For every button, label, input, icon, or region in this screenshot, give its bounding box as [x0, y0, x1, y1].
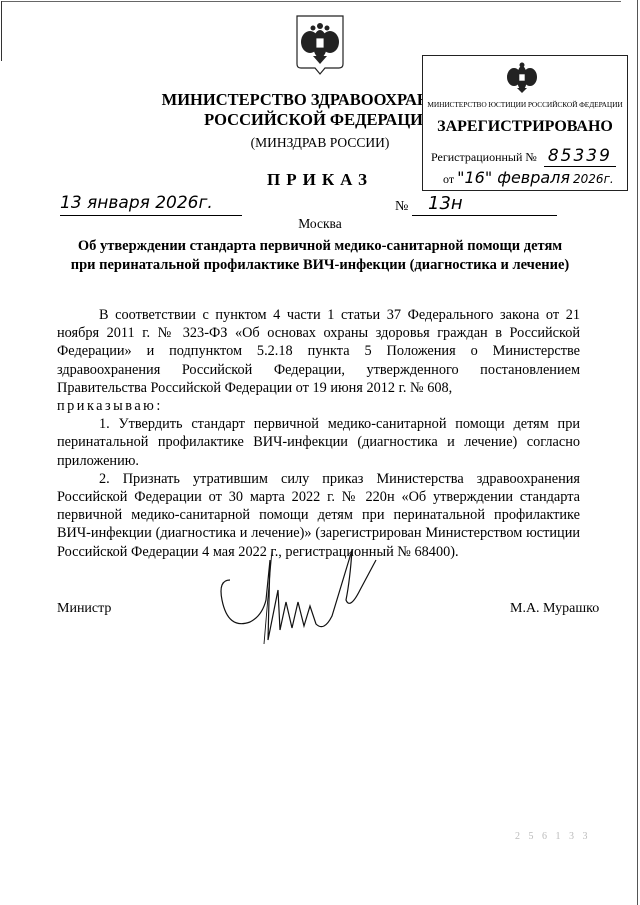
stamp-organization: МИНИСТЕРСТВО ЮСТИЦИИ РОССИЙСКОЙ ФЕДЕРАЦИ…	[423, 100, 627, 109]
order-number: 13н	[412, 193, 557, 216]
order-number-label: №	[395, 199, 408, 215]
signer-name: М.А. Мурашко	[510, 601, 599, 617]
stamp-number-label: Регистрационный №	[431, 150, 537, 164]
faint-footer-mark: 2 5 6 1 3 3	[515, 831, 591, 842]
stamp-coat-of-arms-icon	[503, 60, 541, 94]
coat-of-arms-icon	[295, 14, 345, 76]
stamp-date-year: 2026г.	[573, 172, 614, 186]
directive-word: приказываю:	[57, 397, 580, 415]
page-edge-right	[637, 0, 638, 905]
page-edge-top	[1, 1, 621, 2]
order-item-1: 1. Утвердить стандарт первичной медико-с…	[57, 415, 580, 470]
stamp-date-row: от "16" февраля 2026г.	[443, 168, 614, 187]
stamp-date-prefix: от	[443, 172, 454, 186]
signer-position: Министр	[57, 601, 111, 617]
order-date: 13 января 2026г.	[60, 193, 242, 216]
stamp-date-value: "16" февраля	[457, 168, 570, 187]
order-city: Москва	[150, 216, 490, 232]
order-title: Об утверждении стандарта первичной медик…	[55, 237, 585, 275]
stamp-status: ЗАРЕГИСТРИРОВАНО	[423, 118, 627, 136]
preamble-paragraph: В соответствии с пунктом 4 части 1 стать…	[57, 306, 580, 397]
stamp-number-value: 85339	[544, 146, 616, 167]
handwritten-signature-icon	[200, 540, 380, 650]
stamp-registration-number-row: Регистрационный № 85339	[431, 146, 616, 167]
order-title-line-1: Об утверждении стандарта первичной медик…	[55, 237, 585, 256]
order-body: В соответствии с пунктом 4 части 1 стать…	[57, 306, 580, 561]
page-edge-left	[1, 1, 2, 61]
order-title-line-2: при перинатальной профилактике ВИЧ-инфек…	[55, 256, 585, 275]
registration-stamp: МИНИСТЕРСТВО ЮСТИЦИИ РОССИЙСКОЙ ФЕДЕРАЦИ…	[422, 55, 628, 191]
